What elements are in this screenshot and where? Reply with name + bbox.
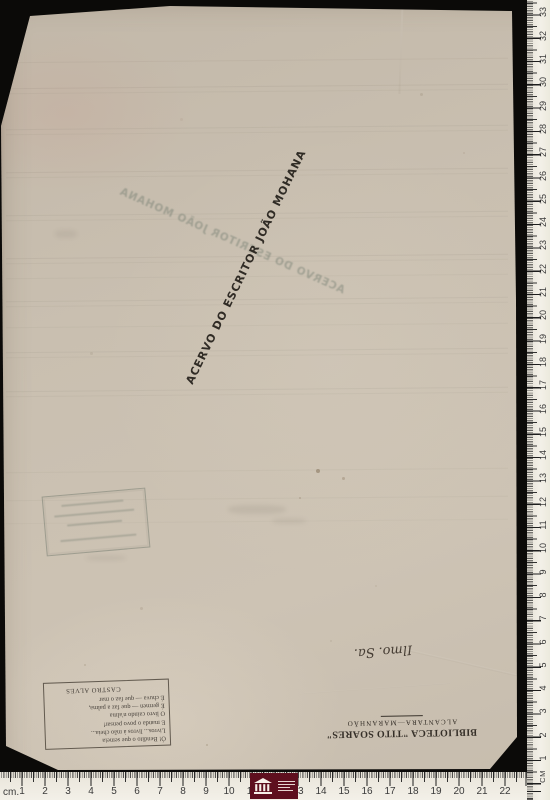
library-stamp-rule	[381, 715, 423, 717]
ruler-bottom-unit-label: cm.	[3, 787, 19, 798]
photographed-document-scene: ACERVO DO ESCRITOR JOÃO MOHANA ACERVO DO…	[0, 0, 550, 800]
stamp-box-line	[54, 509, 134, 518]
foxing-spot	[180, 118, 183, 121]
show-through-line	[6, 168, 508, 173]
ruler-right-number: 11	[538, 517, 548, 533]
ruler-bottom-number: 5	[111, 786, 117, 797]
ruler-bottom-number: 4	[88, 786, 94, 797]
ruler-right-number: 13	[538, 470, 548, 486]
document-page: ACERVO DO ESCRITOR JOÃO MOHANA ACERVO DO…	[0, 0, 550, 800]
show-through-line	[6, 259, 508, 264]
stamp-box-line	[60, 534, 136, 543]
ruler-right-number: 12	[538, 494, 548, 510]
show-through-line	[6, 353, 508, 358]
ruler-right-number: 14	[538, 447, 548, 463]
foxing-spot	[84, 664, 86, 666]
ruler-bottom-number: 22	[499, 786, 510, 797]
paper-crease	[398, 2, 403, 94]
ink-show-through-smudge	[86, 556, 126, 560]
show-through-line	[6, 125, 508, 130]
ruler-right-number: 22	[538, 261, 548, 277]
ruler-right-number: 3	[538, 703, 548, 719]
ruler-right-number: 26	[538, 168, 548, 184]
show-through-line	[6, 84, 508, 89]
printed-poem-box: Ó! Bendito o que semeia Livros... livros…	[43, 678, 171, 750]
ruler-right-number: 9	[538, 564, 548, 580]
ruler-bottom-number: 18	[407, 786, 418, 797]
ruler-right-unit-label: CM	[538, 770, 547, 783]
ruler-right-number: 21	[538, 284, 548, 300]
show-through-line	[6, 89, 508, 94]
ink-show-through-smudge	[228, 505, 286, 514]
ruler-right-number: 29	[538, 98, 548, 114]
ruler-bottom-number: 14	[315, 786, 326, 797]
ruler-right-number: 1	[538, 750, 548, 766]
show-through-line	[6, 392, 508, 397]
ruler-right-number: 7	[538, 610, 548, 626]
library-building-icon	[253, 777, 273, 795]
ruler-right-number: 5	[538, 657, 548, 673]
show-through-line	[6, 130, 508, 135]
ruler-bottom-number: 10	[223, 786, 234, 797]
ruler-right-number: 20	[538, 307, 548, 323]
ruler-bottom-number: 21	[476, 786, 487, 797]
ruler-right-number: 8	[538, 587, 548, 603]
foxing-spot	[420, 93, 423, 96]
foxing-spot	[299, 497, 301, 499]
ruler-right-number: 31	[538, 51, 548, 67]
library-name: BIBLIOTECA "TITO SOARES"	[327, 726, 477, 740]
foxing-spot	[206, 744, 208, 746]
ink-show-through-smudge	[272, 518, 306, 524]
foxing-spot	[90, 352, 93, 355]
foxing-spot	[375, 585, 377, 587]
show-through-line	[6, 58, 508, 63]
ruler-bottom-number: 16	[361, 786, 372, 797]
foxing-spot	[140, 607, 143, 610]
ruler-right-number: 19	[538, 331, 548, 347]
ruler-right-number: 25	[538, 191, 548, 207]
ruler-right-number: 16	[538, 401, 548, 417]
show-through-line	[6, 387, 508, 392]
ruler-bottom-number: 1	[19, 786, 25, 797]
foxing-spot	[463, 152, 465, 154]
stamp-box-line	[67, 520, 122, 527]
ruler-right-number: 4	[538, 680, 548, 696]
ruler-right-number: 6	[538, 634, 548, 650]
foxing-spot	[342, 477, 345, 480]
show-through-line	[6, 274, 508, 279]
ruler-bottom-number: 17	[384, 786, 395, 797]
vertical-ruler: 1234567891011121314151617181920212223242…	[527, 0, 550, 800]
ruler-bottom-number: 9	[203, 786, 209, 797]
ruler-right-number: 32	[538, 28, 548, 44]
ruler-bottom-number: 3	[65, 786, 71, 797]
ruler-bottom-number: 6	[134, 786, 140, 797]
ruler-bottom-number: 7	[157, 786, 163, 797]
ruler-right-number: 28	[538, 121, 548, 137]
ruler-bottom-number: 15	[338, 786, 349, 797]
ruler-right-number: 27	[538, 144, 548, 160]
show-through-line	[6, 323, 508, 328]
paper-crease	[396, 647, 521, 678]
show-through-line	[6, 216, 508, 221]
ruler-right-number: 23	[538, 237, 548, 253]
ruler-right-number: 30	[538, 74, 548, 90]
ruler-right-number: 24	[538, 214, 548, 230]
ruler-right-number: 17	[538, 377, 548, 393]
show-through-line	[6, 348, 508, 353]
handwritten-note: Ilmo. Sa.	[353, 641, 412, 660]
show-through-line	[6, 211, 508, 216]
ruler-bottom-number: 2	[42, 786, 48, 797]
show-through-line	[6, 173, 508, 178]
faded-rectangular-stamp	[42, 488, 151, 557]
ruler-bottom-number: 19	[430, 786, 441, 797]
stamp-box-line	[61, 500, 123, 507]
ruler-right-number: 33	[538, 4, 548, 20]
ruler-bottom-number: 20	[453, 786, 464, 797]
horizontal-ruler: 12345678910111213141516171819202122 cm.	[0, 772, 527, 800]
foxing-spot	[316, 469, 320, 473]
show-through-line	[6, 468, 508, 473]
institution-logo	[250, 773, 298, 799]
library-stamp-block: BIBLIOTECA "TITO SOARES" ALCANTARA—MARAN…	[327, 714, 477, 740]
ruler-bottom-number: 8	[180, 786, 186, 797]
ruler-right-number: 2	[538, 727, 548, 743]
ink-show-through-smudge	[55, 230, 77, 238]
ruler-right-number: 18	[538, 354, 548, 370]
show-through-line	[6, 302, 508, 307]
foxing-spot	[330, 640, 332, 642]
ruler-right-number: 10	[538, 540, 548, 556]
ruler-right-number: 15	[538, 424, 548, 440]
logo-text-lines	[278, 781, 295, 791]
paper-crease	[300, 683, 450, 694]
show-through-line	[6, 297, 508, 302]
